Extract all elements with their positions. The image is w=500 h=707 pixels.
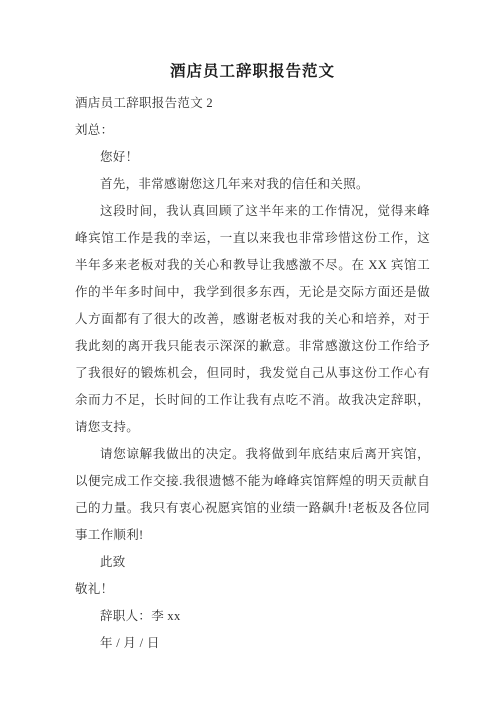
date-line: 年 / 月 / 日 xyxy=(75,630,430,657)
signature-line: 辞职人：李 xx xyxy=(75,603,430,630)
salutation: 刘总： xyxy=(75,117,430,144)
body-paragraph-2: 请您谅解我做出的决定。我将做到年底结束后离开宾馆，以便完成工作交接.我很遗憾不能… xyxy=(75,441,430,549)
closing-cizhi: 此致 xyxy=(75,549,430,576)
closing-jingli: 敬礼！ xyxy=(75,576,430,603)
page-title: 酒店员工辞职报告范文 xyxy=(75,58,430,86)
document-page: 酒店员工辞职报告范文 酒店员工辞职报告范文 2 刘总： 您好！ 首先，非常感谢您… xyxy=(0,0,500,707)
body-paragraph-1: 这段时间，我认真回顾了这半年来的工作情况，觉得来峰峰宾馆工作是我的幸运，一直以来… xyxy=(75,198,430,441)
thanks-line: 首先，非常感谢您这几年来对我的信任和关照。 xyxy=(75,171,430,198)
greeting-line: 您好！ xyxy=(75,144,430,171)
document-subtitle: 酒店员工辞职报告范文 2 xyxy=(75,90,430,117)
